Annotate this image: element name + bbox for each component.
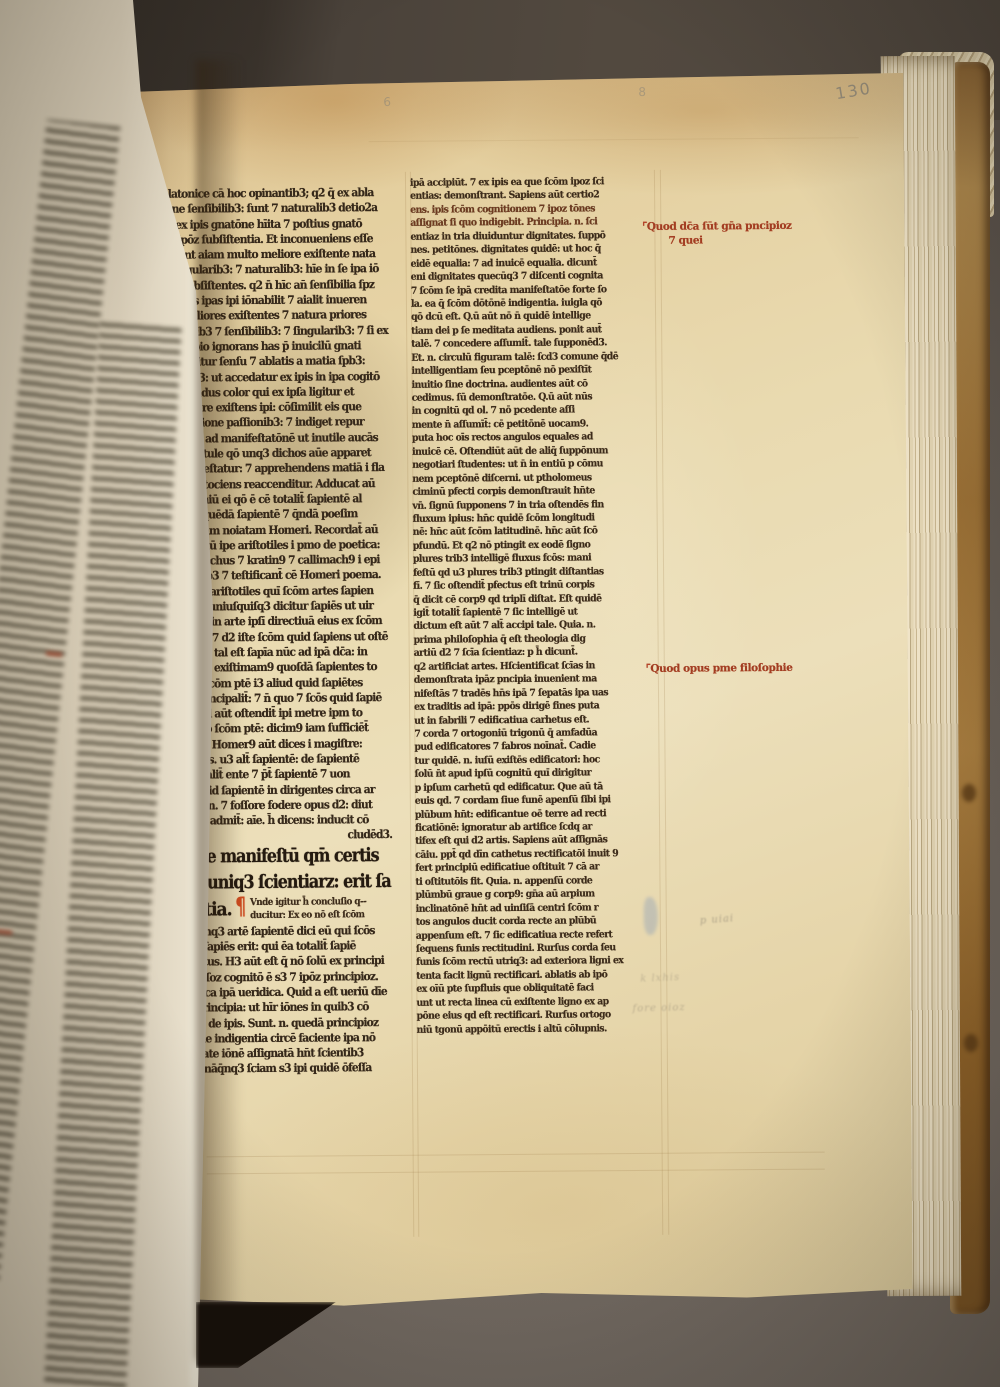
marginal-note-text: Quod opus pme filoſophie — [650, 662, 792, 675]
ruling-line — [369, 137, 859, 142]
ruling-line — [207, 1152, 825, 1158]
text-column-right: ipā accipiūt. 7 ex ipis ea que ſcōm ipoz… — [410, 175, 655, 1037]
text-line: talē. 7 concedere aſſumit̄. tale ſupponē… — [411, 336, 637, 351]
marginal-note-text: Quod dc̄a ſūt gn̄a pncipioz — [647, 220, 792, 233]
erased-annotation: fore oioz — [632, 1002, 685, 1014]
manuscript-photograph: c 6 8 130 platonice cā hoc opinantib3; q… — [0, 0, 1000, 1387]
quire-mark-right: 8 — [638, 85, 646, 99]
text-line: Et. n. circulū figuram talē: ſcd3 comune… — [411, 350, 637, 365]
text-line: inuicē cē. Oſtendiūt aūt de aliq̄ ſuppōn… — [412, 444, 638, 459]
quire-mark-center: 6 — [383, 95, 391, 109]
gutter-shadow — [196, 60, 242, 1360]
text-line: entiaz in tria diuiduntur dignitates. ſu… — [410, 229, 636, 244]
erased-annotation: p uiai — [699, 913, 734, 927]
cover-stain — [962, 784, 976, 802]
marginal-note-red-1: ⌜Quod dc̄a ſūt gn̄a pncipioz 7 quei — [642, 220, 791, 248]
marginal-note-text: 7 quei — [642, 233, 791, 248]
rubric-side-line: ducitur: Ex eo nō eſt ſcōm — [250, 908, 366, 922]
rubric-side-line: Vnde igitur h̄ concluſio q-- — [250, 895, 366, 909]
text-line: euis qd. 7 cordam ſiue funē apenſū ſibi … — [415, 793, 641, 808]
cover-stain — [964, 1034, 978, 1052]
text-line: cāiu. ppt̄ qd dīn cathetus rectificatōi … — [415, 847, 641, 862]
text-line: 7 ſcōm ſe ipā credita manifeſtatōe forte… — [411, 283, 637, 298]
text-line: nifeſtās 7 tradēs hn̄s ipā 7 ſepatās ipa… — [414, 686, 640, 701]
text-line: platonice cā hoc opinantib3; q2 q̄ ex ab… — [161, 185, 387, 202]
erased-annotation: k lxhis — [640, 972, 680, 985]
marginal-note-red-2: ⌜Quod opus pme filoſophie — [646, 662, 793, 677]
text-line: funis ſcōm rectū utriq3: ad exteriora li… — [416, 954, 642, 969]
text-line: niū tgonū appōitū erectis i altū cōlupni… — [417, 1022, 643, 1037]
ruling-line — [207, 1169, 825, 1175]
shadow-under-page — [196, 1302, 336, 1368]
right-column-text: ipā accipiūt. 7 ex ipis ea que ſcōm ipoz… — [410, 175, 643, 1037]
text-line: pōne eius qd eſt rectificari. Rurſus ort… — [416, 1008, 642, 1023]
text-line: ipā accipiūt. 7 ex ipis ea que ſcōm ipoz… — [410, 175, 636, 190]
folio-number: 130 — [834, 78, 873, 103]
faded-blue-paraph-icon — [644, 897, 658, 935]
